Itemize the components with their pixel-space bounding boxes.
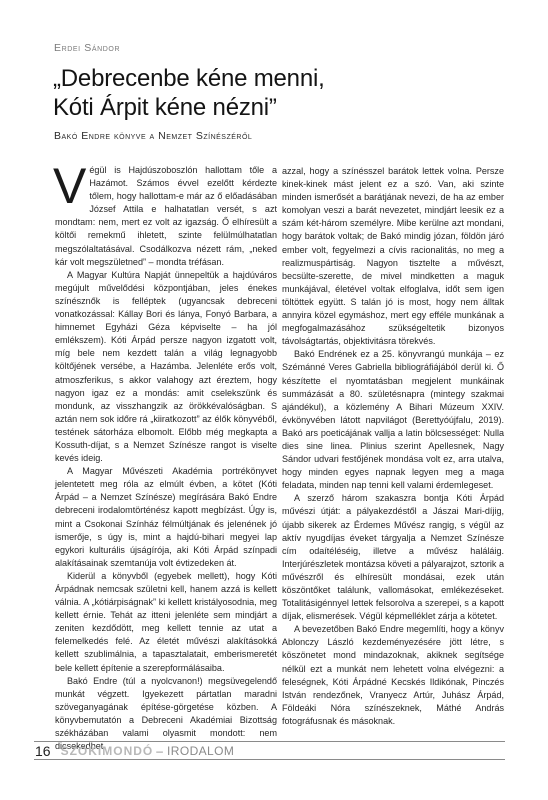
left-column: Végül is Hajdúszoboszlón hallottam tőle … (55, 164, 277, 753)
article-subtitle: Bakó Endre könyve a Nemzet Színészéről (54, 130, 252, 142)
title-line-2: Kóti Árpit kéne nézni” (53, 93, 325, 122)
page-number: 16 (35, 743, 51, 759)
paragraph: Kiderül a könyvből (egyebek mellett), ho… (55, 570, 277, 675)
paragraph: Végül is Hajdúszoboszlón hallottam tőle … (55, 164, 277, 269)
right-column: azzal, hogy a színésszel barátok lettek … (282, 165, 504, 728)
paragraph: A Magyar Kultúra Napját ünnepeltük a haj… (55, 269, 277, 465)
magazine-name: SZÓKIMONDÓ (61, 744, 154, 758)
paragraph: A Magyar Művészeti Akadémia portrékönyve… (55, 465, 277, 570)
paragraph: azzal, hogy a színésszel barátok lettek … (282, 165, 504, 348)
paragraph: A bevezetőben Bakó Endre megemlíti, hogy… (282, 623, 504, 728)
page-footer: 16 SZÓKIMONDÓ – IRODALOM (35, 742, 234, 759)
section-name: – IRODALOM (156, 744, 234, 758)
title-line-1: „Debrecenbe kéne menni, (53, 64, 325, 93)
paragraph: Bakó Endrének ez a 25. könyvrangú munkáj… (282, 348, 504, 492)
article-title: „Debrecenbe kéne menni, Kóti Árpit kéne … (53, 64, 325, 122)
drop-cap: V (53, 166, 86, 206)
author-name: Erdei Sándor (54, 42, 120, 54)
footer-divider-bottom (34, 759, 505, 760)
paragraph: A szerző három szakaszra bontja Kóti Árp… (282, 492, 504, 623)
